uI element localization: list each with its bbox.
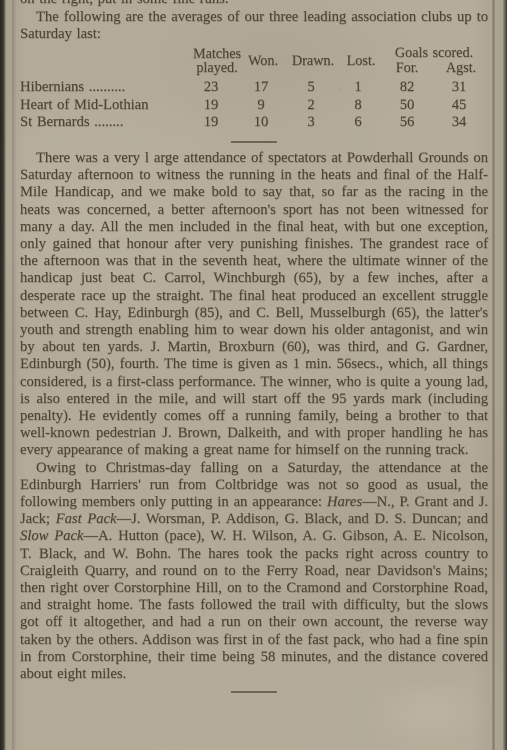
header-goals-scored: Goals scored. [380, 46, 488, 60]
won-value: 17 [236, 79, 286, 96]
table-row-hearts: Heart of Mid-Lothian 19 9 2 8 50 45 [20, 97, 486, 114]
goals-for-value: 56 [380, 114, 434, 131]
intro-paragraph: The following are the averages of our th… [20, 9, 488, 43]
column-divider-right [492, 0, 495, 750]
goals-for-value: 50 [380, 97, 434, 114]
drawn-value: 2 [286, 97, 336, 114]
matches-played-value: 19 [186, 114, 236, 131]
table-row-hibernians: Hibernians .......... 23 17 5 1 82 31 [20, 79, 486, 96]
matches-played-value: 23 [186, 79, 236, 96]
club-name: Hibernians .......... [20, 79, 186, 96]
goals-against-value: 45 [434, 97, 484, 114]
lost-value: 8 [336, 97, 380, 114]
clipped-line-text: on the right, put in some fine runs. [20, 0, 488, 8]
goals-for-value: 82 [380, 79, 434, 96]
newspaper-clipping-page: on the right, put in some fine runs. The… [0, 0, 507, 750]
drawn-value: 5 [286, 79, 336, 96]
harriers-text-4: —A. Hutton (pace), W. H. Wilson, A. G. G… [20, 528, 488, 682]
header-lost: Lost. [338, 54, 384, 68]
header-drawn: Drawn. [286, 54, 340, 68]
fast-pack-label: Fast Pack [56, 511, 117, 527]
lost-value: 6 [336, 114, 380, 131]
scan-left-edge [0, 0, 6, 750]
league-averages-table: Matches played. Won. Drawn. Lost. Goals … [20, 46, 488, 131]
header-won: Won. [238, 54, 288, 68]
goals-against-value: 31 [434, 79, 484, 96]
header-goals-for: For. [380, 61, 434, 75]
slow-pack-label: Slow Pack [20, 528, 83, 544]
table-row-st-bernards: St Bernards ........ 19 10 3 6 56 34 [20, 114, 486, 131]
drawn-value: 3 [286, 114, 336, 131]
section-divider-rule [231, 141, 277, 143]
won-value: 10 [236, 114, 286, 131]
powderhall-paragraph: There was a very l arge attendance of sp… [20, 150, 488, 460]
article-column: on the right, put in some fine runs. The… [20, 0, 488, 693]
matches-played-value: 19 [186, 97, 236, 114]
club-name: Heart of Mid-Lothian [20, 97, 186, 114]
harriers-text-3: —J. Worsman, P. Addison, G. Black, and D… [116, 511, 488, 527]
goals-against-value: 34 [434, 114, 484, 131]
won-value: 9 [236, 97, 286, 114]
scan-right-edge [503, 0, 507, 750]
header-goals-against: Agst. [436, 61, 486, 75]
end-of-article-rule [231, 691, 277, 693]
clipped-previous-paragraph: on the right, put in some fine runs. [20, 0, 488, 9]
club-name: St Bernards ........ [20, 114, 186, 131]
table-header-row: Matches played. Won. Drawn. Lost. Goals … [20, 46, 488, 79]
lost-value: 1 [336, 79, 380, 96]
harriers-paragraph: Owing to Christmas-day falling on a Satu… [20, 460, 488, 684]
hares-label: Hares [327, 494, 362, 510]
column-groove-left [12, 0, 16, 750]
